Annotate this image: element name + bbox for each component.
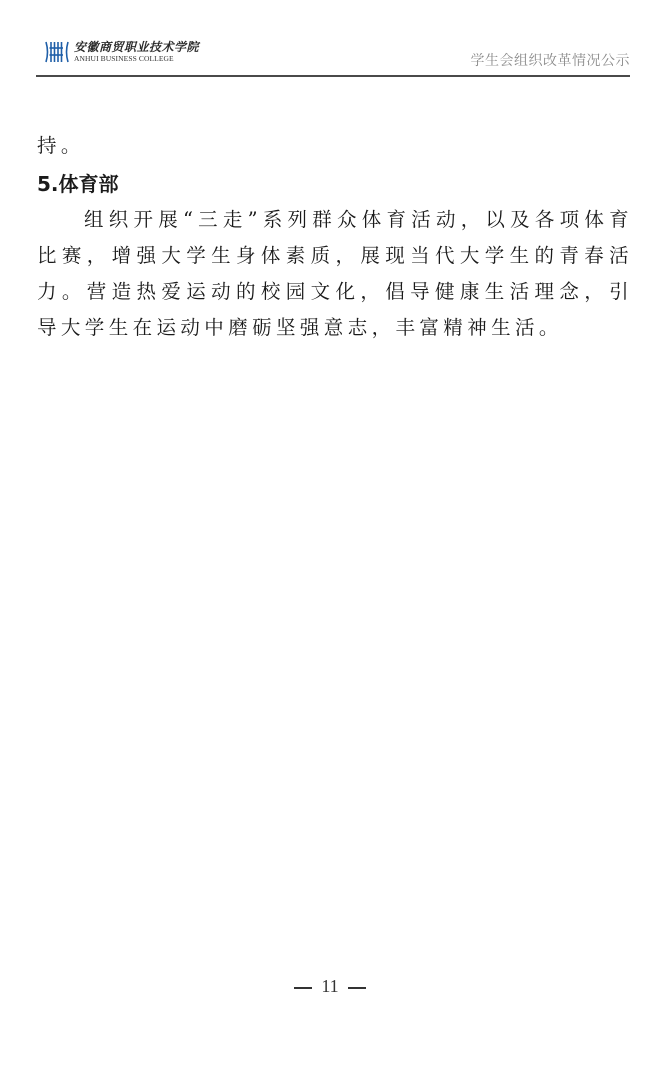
college-logo: 安徽商贸职业技术学院 ANHUI BUSINESS COLLEGE bbox=[44, 40, 199, 64]
section-paragraph: 组织开展“三走”系列群众体育活动，以及各项体育比赛，增强大学生身体素质，展现当代… bbox=[37, 202, 633, 346]
continuation-text: 持。 bbox=[37, 128, 633, 164]
college-logo-icon bbox=[44, 40, 70, 64]
dash-right bbox=[348, 987, 366, 989]
logo-name-cn: 安徽商贸职业技术学院 bbox=[74, 41, 199, 53]
dash-left bbox=[294, 987, 312, 989]
document-running-title: 学生会组织改革情况公示 bbox=[471, 50, 631, 70]
document-body: 持。 5.体育部 组织开展“三走”系列群众体育活动，以及各项体育比赛，增强大学生… bbox=[37, 128, 633, 346]
section-heading: 5.体育部 bbox=[37, 166, 633, 202]
page-header: 安徽商贸职业技术学院 ANHUI BUSINESS COLLEGE 学生会组织改… bbox=[36, 36, 630, 76]
logo-name-en: ANHUI BUSINESS COLLEGE bbox=[74, 55, 199, 63]
page-number-footer: 11 bbox=[0, 976, 660, 997]
page-number: 11 bbox=[321, 976, 338, 996]
header-divider bbox=[36, 75, 630, 77]
